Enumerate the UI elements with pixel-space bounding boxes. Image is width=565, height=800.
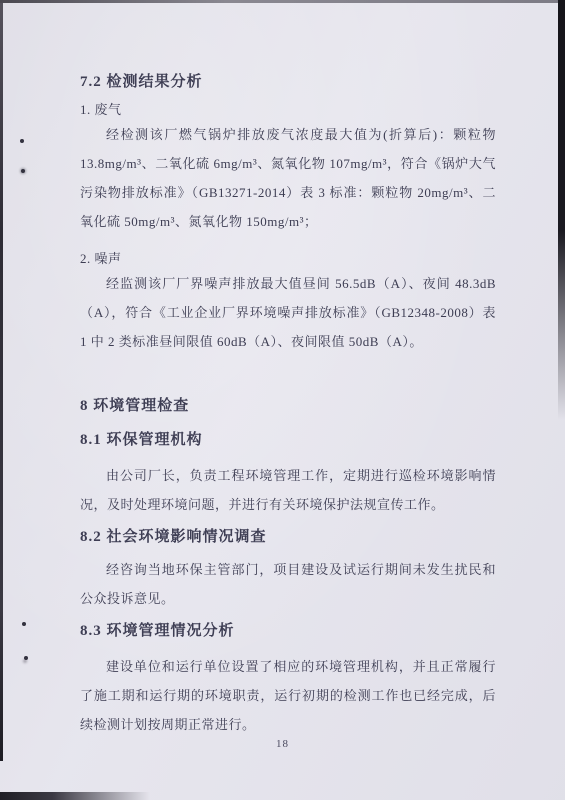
- paragraph-social-impact-survey: 经咨询当地环保主管部门，项目建设及试运行期间未发生扰民和公众投诉意见。: [80, 555, 496, 613]
- section-heading-8-2: 8.2 社会环境影响情况调查: [80, 527, 496, 547]
- paragraph-noise-results: 经监测该厂厂界噪声排放最大值昼间 56.5dB（A）、夜间 48.3dB（A），…: [80, 269, 496, 356]
- ink-speck: [22, 622, 26, 626]
- paragraph-env-management-org: 由公司厂长，负责工程环境管理工作，定期进行巡检环境影响情况，及时处理环境问题，并…: [80, 461, 496, 519]
- scan-corner-bottom-left: [0, 792, 150, 800]
- ink-speck: [20, 139, 24, 143]
- ink-speck: [21, 169, 25, 173]
- scanned-document-page: 7.2 检测结果分析 1. 废气 经检测该厂燃气锅炉排放废气浓度最大值为(折算后…: [0, 0, 565, 800]
- page-number: 18: [0, 738, 565, 750]
- paragraph-waste-gas-results: 经检测该厂燃气锅炉排放废气浓度最大值为(折算后)：颗粒物 13.8mg/m³、二…: [80, 120, 496, 236]
- section-heading-8-1: 8.1 环保管理机构: [80, 430, 496, 450]
- section-heading-8-3: 8.3 环境管理情况分析: [80, 621, 496, 641]
- list-item-waste-gas: 1. 废气: [80, 101, 496, 119]
- document-body: 7.2 检测结果分析 1. 废气 经检测该厂燃气锅炉排放废气浓度最大值为(折算后…: [80, 72, 496, 739]
- list-item-noise: 2. 噪声: [80, 250, 496, 268]
- scan-edge-top: [0, 0, 565, 3]
- chapter-heading-8: 8 环境管理检查: [80, 396, 496, 416]
- paragraph-env-management-analysis: 建设单位和运行单位设置了相应的环境管理机构，并且正常履行了施工期和运行期的环境职…: [80, 652, 496, 739]
- scan-edge-left: [0, 3, 3, 761]
- section-heading-7-2: 7.2 检测结果分析: [80, 72, 496, 92]
- scan-edge-right: [558, 0, 565, 420]
- ink-speck: [24, 656, 28, 660]
